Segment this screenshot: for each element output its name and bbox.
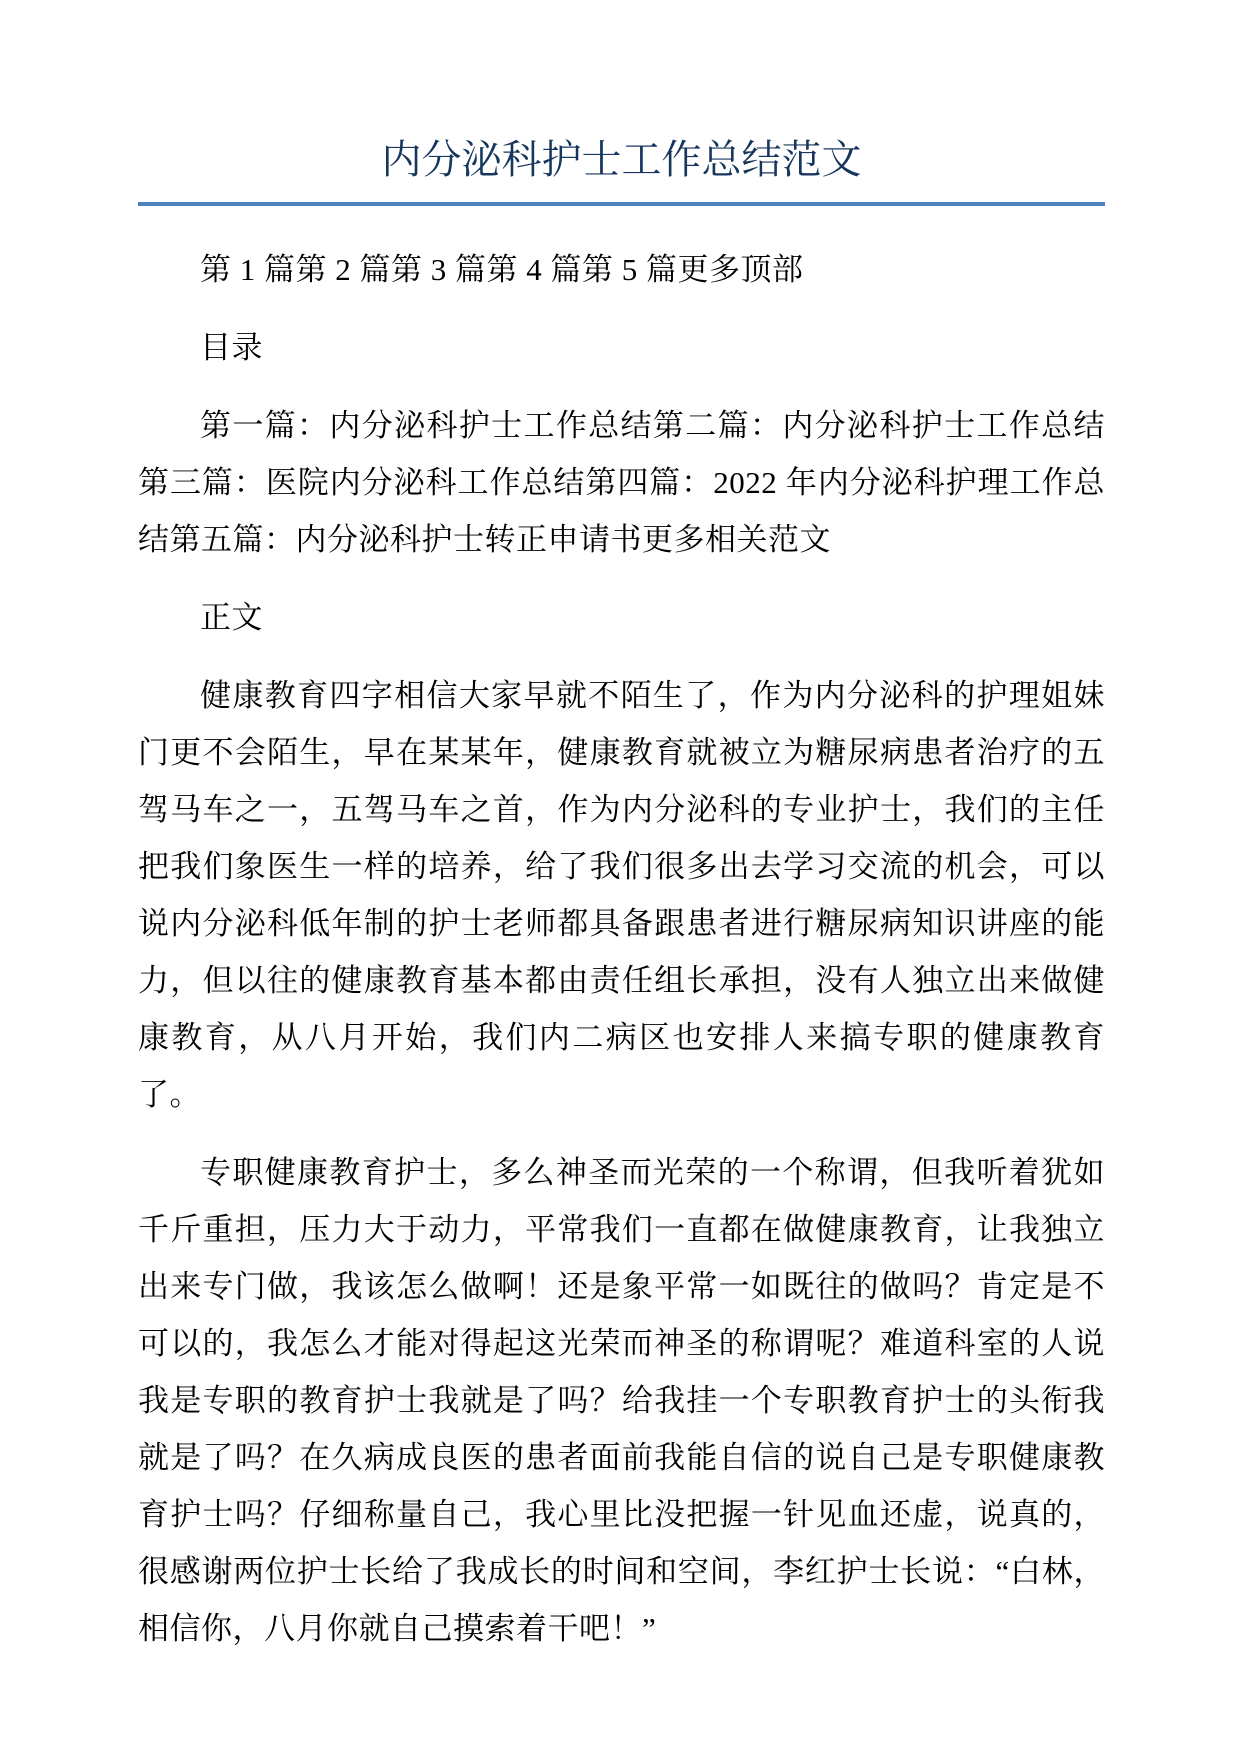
toc-paragraph: 第一篇：内分泌科护士工作总结第二篇：内分泌科护士工作总结第三篇：医院内分泌科工作… bbox=[138, 397, 1105, 568]
body-paragraph-1: 健康教育四字相信大家早就不陌生了，作为内分泌科的护理姐妹门更不会陌生，早在某某年… bbox=[138, 667, 1105, 1123]
toc-heading: 目录 bbox=[138, 319, 1105, 376]
pagination-links-line: 第 1 篇第 2 篇第 3 篇第 4 篇第 5 篇更多顶部 bbox=[138, 241, 1105, 298]
body-heading: 正文 bbox=[138, 589, 1105, 646]
title-divider bbox=[138, 202, 1105, 206]
page-title: 内分泌科护士工作总结范文 bbox=[138, 136, 1105, 184]
body-paragraph-2: 专职健康教育护士，多么神圣而光荣的一个称谓，但我听着犹如千斤重担，压力大于动力，… bbox=[138, 1144, 1105, 1657]
document-page: 内分泌科护士工作总结范文 第 1 篇第 2 篇第 3 篇第 4 篇第 5 篇更多… bbox=[0, 0, 1241, 1754]
document-content: 内分泌科护士工作总结范文 第 1 篇第 2 篇第 3 篇第 4 篇第 5 篇更多… bbox=[0, 0, 1241, 1657]
